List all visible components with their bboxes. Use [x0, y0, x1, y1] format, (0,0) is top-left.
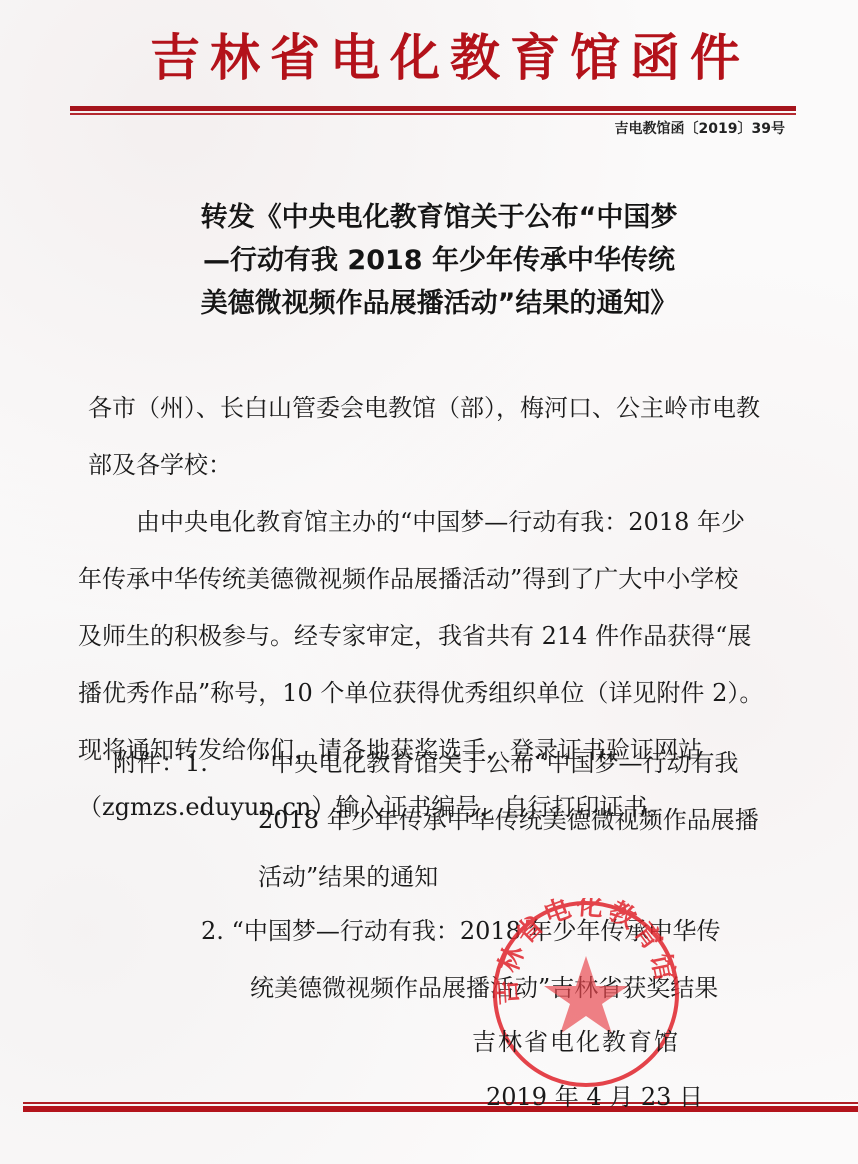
footer-divider-thick: [23, 1106, 858, 1112]
document-title-line: —行动有我 2018 年少年传承中华传统: [60, 239, 818, 282]
attachments-label: 附件：1.: [113, 735, 258, 906]
salutation-line: 部及各学校：: [88, 437, 808, 494]
attachment-line: 2018 年少年传承中华传统美德微视频作品展播: [258, 792, 759, 849]
paragraph-line: 由中央电化教育馆主办的“中国梦—行动有我：2018 年少: [88, 494, 808, 551]
paragraph-line: 及师生的积极参与。经专家审定，我省共有 214 件作品获得“展: [78, 608, 808, 665]
signing-date: 2019 年 4 月 23 日: [472, 1070, 703, 1125]
signing-organization: 吉林省电化教育馆: [472, 1015, 703, 1070]
header-divider-thin: [70, 113, 796, 115]
salutation-line: 各市（州）、长白山管委会电教馆（部），梅河口、公主岭市电教: [88, 380, 808, 437]
document-title-line: 美德微视频作品展播活动”结果的通知》: [60, 282, 818, 325]
document-number: 吉电教馆函〔2019〕39号: [615, 118, 785, 138]
footer-divider-thin: [23, 1102, 858, 1104]
paragraph-line: 播优秀作品”称号，10 个单位获得优秀组织单位（详见附件 2）。: [78, 665, 808, 722]
header-divider-thick: [70, 106, 796, 111]
attachments-list: 附件：1. “中央电化教育馆关于公布“中国梦—行动有我 2018 年少年传承中华…: [113, 735, 833, 906]
document-title: 转发《中央电化教育馆关于公布“中国梦 —行动有我 2018 年少年传承中华传统 …: [60, 196, 818, 325]
attachment-item-1: 附件：1. “中央电化教育馆关于公布“中国梦—行动有我 2018 年少年传承中华…: [113, 735, 833, 906]
header-divider: [70, 106, 796, 115]
attachment-number: 1.: [185, 749, 208, 777]
footer-divider: [23, 1102, 858, 1114]
attachment-text: “中央电化教育馆关于公布“中国梦—行动有我 2018 年少年传承中华传统美德微视…: [258, 735, 759, 906]
attachment-line: “中央电化教育馆关于公布“中国梦—行动有我: [258, 735, 759, 792]
letterhead-title: 吉林省电化教育馆函件: [150, 28, 730, 88]
attachment-number: 2.: [201, 917, 224, 945]
paragraph-line: 年传承中华传统美德微视频作品展播活动”得到了广大中小学校: [78, 551, 808, 608]
document-title-line: 转发《中央电化教育馆关于公布“中国梦: [60, 196, 818, 239]
signature-block: 吉林省电化教育馆 2019 年 4 月 23 日: [472, 1015, 703, 1125]
